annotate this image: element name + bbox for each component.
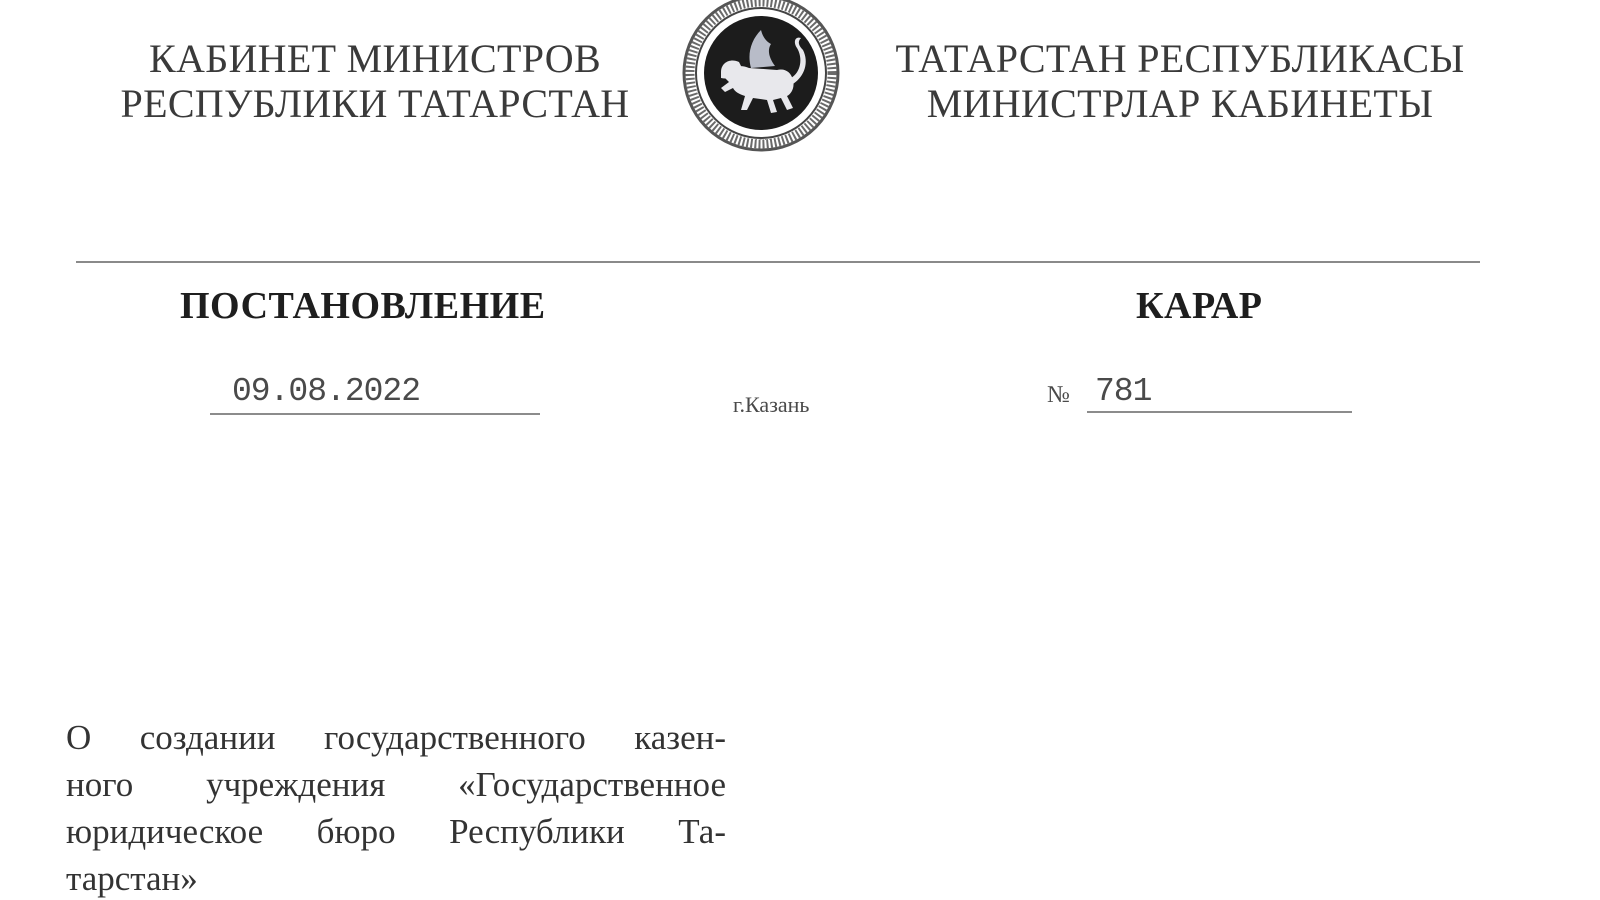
- document-type-ru: ПОСТАНОВЛЕНИЕ: [180, 284, 546, 328]
- letterhead-right-line-1: ТАТАРСТАН РЕСПУБЛИКАСЫ: [880, 36, 1480, 81]
- document-date: 09.08.2022: [232, 373, 420, 410]
- number-label: №: [1047, 382, 1070, 409]
- tatarstan-coat-of-arms-icon: · · · · ·: [681, 0, 841, 152]
- header-divider: [76, 261, 1480, 263]
- letterhead-right: ТАТАРСТАН РЕСПУБЛИКАСЫ МИНИСТРЛАР КАБИНЕ…: [880, 36, 1480, 126]
- subject-line: юридическое бюро Республики Та-: [66, 808, 726, 855]
- document-number: 781: [1095, 373, 1151, 410]
- letterhead-left: КАБИНЕТ МИНИСТРОВ РЕСПУБЛИКИ ТАТАРСТАН: [100, 36, 650, 126]
- subject-line: О создании государственного казен-: [66, 714, 726, 761]
- document-city: г.Казань: [733, 392, 809, 418]
- document-subject: О создании государственного казен- ного …: [66, 714, 726, 900]
- letterhead-right-line-2: МИНИСТРЛАР КАБИНЕТЫ: [880, 81, 1480, 126]
- subject-line: ного учреждения «Государственное: [66, 761, 726, 808]
- svg-text:· · · · ·: · · · · ·: [751, 136, 771, 144]
- document-type-tt: КАРАР: [1136, 284, 1263, 328]
- letterhead-left-line-2: РЕСПУБЛИКИ ТАТАРСТАН: [100, 81, 650, 126]
- letterhead-left-line-1: КАБИНЕТ МИНИСТРОВ: [100, 36, 650, 81]
- number-field: 781: [1087, 373, 1352, 413]
- date-field: 09.08.2022: [210, 373, 540, 415]
- subject-line: тарстан»: [66, 855, 726, 900]
